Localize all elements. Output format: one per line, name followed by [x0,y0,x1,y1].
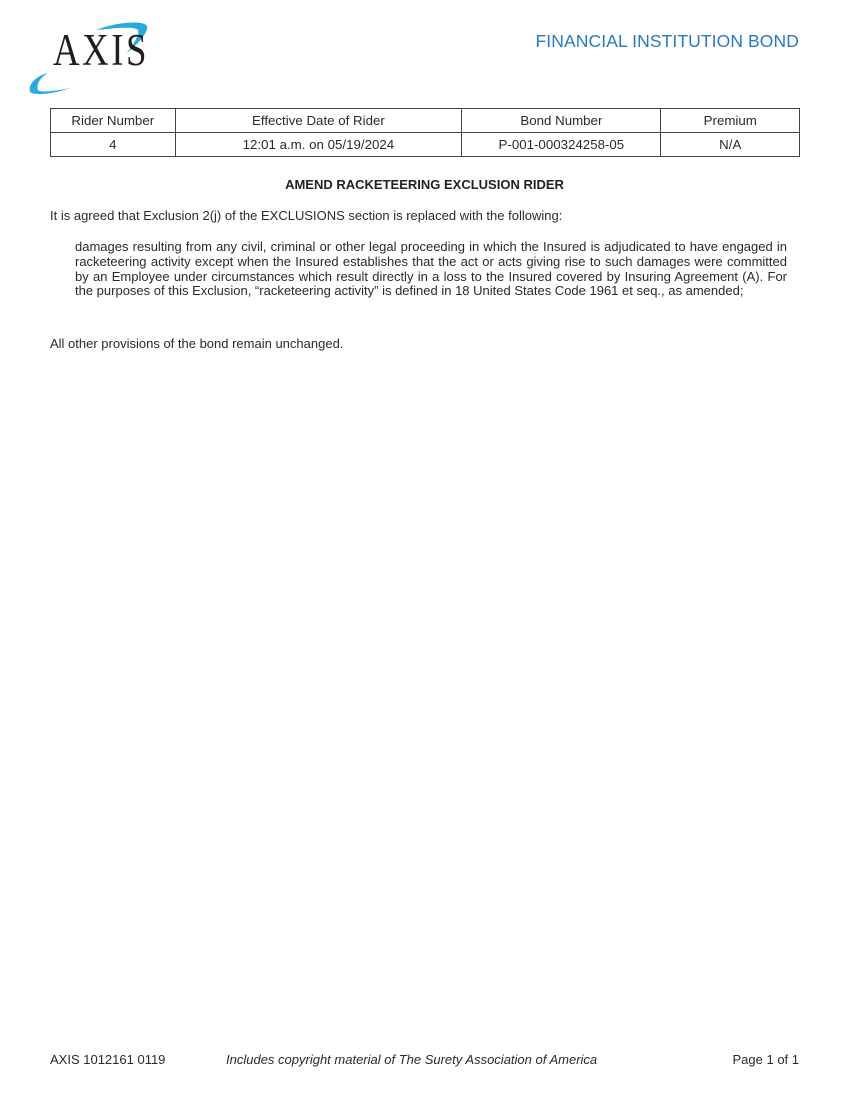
premium-cell: N/A [661,133,800,157]
column-header-effective-date: Effective Date of Rider [175,109,462,133]
footer-page-number: Page 1 of 1 [733,1052,800,1067]
footer-form-code: AXIS 1012161 0119 [50,1052,165,1067]
closing-paragraph: All other provisions of the bond remain … [50,336,343,351]
intro-paragraph: It is agreed that Exclusion 2(j) of the … [50,208,562,223]
document-type-heading: FINANCIAL INSTITUTION BOND [536,31,800,52]
effective-date-cell: 12:01 a.m. on 05/19/2024 [175,133,462,157]
column-header-bond-number: Bond Number [462,109,661,133]
rider-number-cell: 4 [51,133,176,157]
exclusion-clause: damages resulting from any civil, crimin… [75,240,787,299]
axis-logo: AXIS [26,18,152,98]
logo-wordmark: AXIS [53,28,149,73]
column-header-premium: Premium [661,109,800,133]
table-header-row: Rider Number Effective Date of Rider Bon… [51,109,800,133]
footer-copyright: Includes copyright material of The Suret… [226,1052,597,1067]
table-row: 4 12:01 a.m. on 05/19/2024 P-001-0003242… [51,133,800,157]
bond-number-cell: P-001-000324258-05 [462,133,661,157]
column-header-rider-number: Rider Number [51,109,176,133]
rider-info-table: Rider Number Effective Date of Rider Bon… [50,108,800,157]
rider-title: AMEND RACKETEERING EXCLUSION RIDER [0,177,849,192]
